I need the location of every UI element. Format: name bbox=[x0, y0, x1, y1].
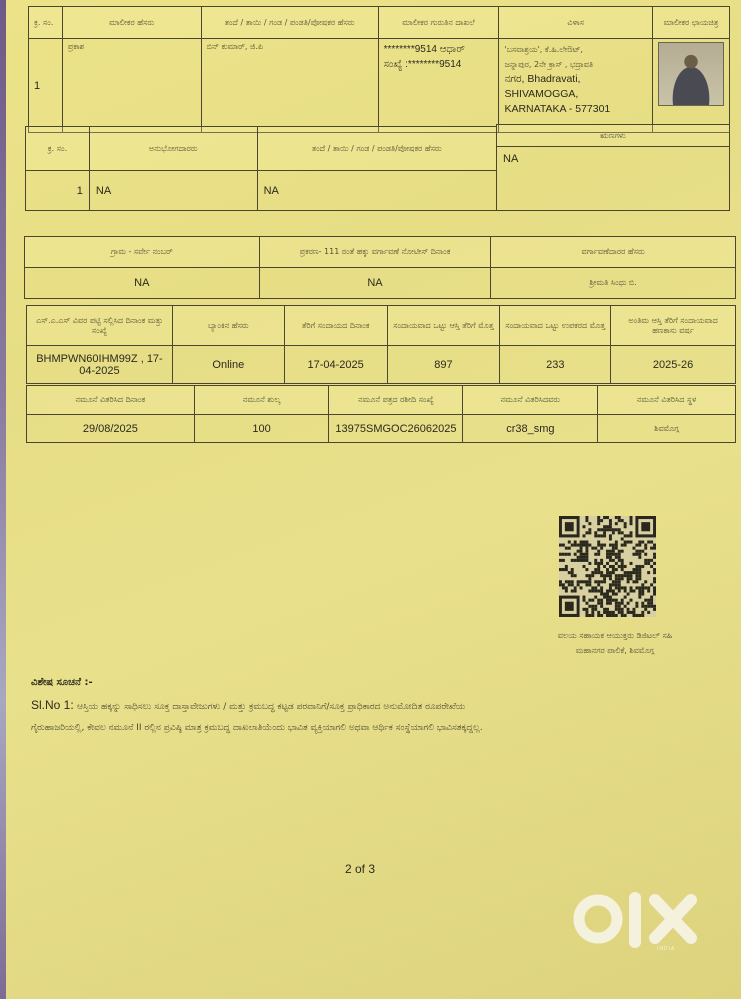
owner-sl-no: 1 bbox=[29, 39, 63, 133]
owner-id-line1: ********9514 ಆಧಾರ್ bbox=[384, 42, 494, 57]
final-financial-year-value: 2025-26 bbox=[611, 346, 736, 384]
address-line2: ಜನ್ನಾಪುರ, 2ನೇ ಕ್ರಾಸ್ , ಭದ್ರಾವತಿ bbox=[504, 57, 647, 72]
page-number: 2 of 3 bbox=[345, 862, 375, 876]
header-total-cess: ಸಂದಾಯವಾದ ಒಟ್ಟು ಉಪಕರದ ಮೊತ್ತ bbox=[500, 306, 611, 346]
occupant-table: ಕ್ರ. ಸಂ. ಅನುಭೋಗದಾರರು ತಂದೆ / ತಾಯಿ / ಗಂಡ /… bbox=[25, 126, 497, 211]
owner-address: 'ಬಸವಾಶ್ರಯ', ಕೆ.ಹಿ.ಲೇಔಟ್, ಜನ್ನಾಪುರ, 2ನೇ ಕ… bbox=[499, 39, 653, 133]
special-note-body: Sl.No 1: ಆಸ್ತಿಯ ಹಕ್ಕನ್ನು ಸಾಧಿಸಲು ಸೂಕ್ತ ದ… bbox=[31, 695, 731, 739]
special-note-title: ವಿಶೇಷ ಸೂಚನೆ :- bbox=[31, 677, 93, 688]
receipt-number-value: 13975SMGOC26062025 bbox=[329, 415, 463, 443]
form-issue-table: ನಮೂನೆ ವಿತರಿಸಿದ ದಿನಾಂಕ ನಮೂನೆ ಶುಲ್ಕ ನಮೂನೆ … bbox=[26, 385, 736, 443]
header-receipt-number: ನಮೂನೆ ಪತ್ರದ ರಶೀದಿ ಸಂಖ್ಯೆ bbox=[329, 386, 463, 415]
owner-name: ಪ್ರಕಾಶ bbox=[62, 39, 201, 133]
address-line5: KARNATAKA - 577301 bbox=[504, 102, 647, 117]
transfer-notice-date-value: NA bbox=[259, 268, 491, 299]
header-encumbrance: ಋಣಗಳು bbox=[497, 125, 730, 147]
header-form-fee: ನಮೂನೆ ಶುಲ್ಕ bbox=[194, 386, 329, 415]
header-owner-photo: ಮಾಲೀಕರ ಛಾಯಚಿತ್ರ bbox=[652, 7, 729, 39]
signature-line2: ಮಹಾನಗರ ಪಾಲಿಕೆ, ಶಿವಮೊಗ್ಗ bbox=[510, 643, 720, 658]
note-prefix: Sl.No 1: bbox=[31, 698, 74, 712]
owner-photo bbox=[658, 42, 724, 106]
table-row: NA bbox=[497, 147, 730, 211]
table-header-row: ಕ್ರ. ಸಂ. ಅನುಭೋಗದಾರರು ತಂದೆ / ತಾಯಿ / ಗಂಡ /… bbox=[26, 127, 497, 171]
table-header-row: ಋಣಗಳು bbox=[497, 125, 730, 147]
total-cess-value: 233 bbox=[500, 346, 611, 384]
header-owner-id: ಮಾಲೀಕರ ಗುರುತಿನ ದಾಖಲೆ bbox=[378, 7, 499, 39]
issue-place-value: ಶಿವಮೊಗ್ಗ bbox=[598, 415, 736, 443]
occupant-sl-no: 1 bbox=[26, 171, 90, 211]
address-line1: 'ಬಸವಾಶ್ರಯ', ಕೆ.ಹಿ.ಲೇಔಟ್, bbox=[504, 42, 647, 57]
table-row: BHMPWN60IHM99Z , 17-04-2025 Online 17-04… bbox=[27, 346, 736, 384]
table-header-row: ಕ್ರ. ಸಂ. ಮಾಲೀಕರ ಹೆಸರು ತಂದೆ / ತಾಯಿ / ಗಂಡ … bbox=[29, 7, 730, 39]
issued-by-value: cr38_smg bbox=[463, 415, 598, 443]
header-transfer-notice-date: ಪ್ರಕರಣ- 111 ರಂತೆ ಹಕ್ಕು ವರ್ಗಾವಣೆ ನೋಟೀಸ್ ದ… bbox=[259, 237, 491, 268]
header-address: ವಿಳಾಸ bbox=[499, 7, 653, 39]
header-village-survey: ಗ್ರಾಮ - ಸರ್ವೇ ನಂಬರ್ bbox=[25, 237, 260, 268]
note-line1: ಆಸ್ತಿಯ ಹಕ್ಕನ್ನು ಸಾಧಿಸಲು ಸೂಕ್ತ ದಾಸ್ತಾವೇಜು… bbox=[77, 702, 465, 712]
header-occupant: ಅನುಭೋಗದಾರರು bbox=[89, 127, 257, 171]
note-line2: ಗೈರುಹಾಜರಿಯಲ್ಲಿ, ಕೇವಲ ನಮೂನೆ II ರಲ್ಲಿನ ಪ್ರ… bbox=[31, 718, 731, 739]
tax-payment-table: ಎಸ್.ಎ.ಎಸ್ ವಿವರ ಪಟ್ಟಿ ಸಲ್ಲಿಸಿದ ದಿನಾಂಕ ಮತ್… bbox=[26, 305, 736, 384]
header-occupant-relative: ತಂದೆ / ತಾಯಿ / ಗಂಡ / ಪಂಡತಿ/ಪೋಷಕರ ಹೆಸರು bbox=[257, 127, 496, 171]
table-row: 1 ಪ್ರಕಾಶ ಬಿನ್ ಕುಮಾರ್, ಜಿ.ಪಿ ********9514… bbox=[29, 39, 730, 133]
header-owner-name: ಮಾಲೀಕರ ಹೆಸರು bbox=[62, 7, 201, 39]
header-issue-place: ನಮೂನೆ ವಿತರಿಸಿದ ಸ್ಥಳ bbox=[598, 386, 736, 415]
occupant-relative: NA bbox=[257, 171, 496, 211]
owner-id-line2: ಸಂಖ್ಯೆ :********9514 bbox=[384, 57, 494, 72]
header-bank-name: ಬ್ಯಾಂಕಿನ ಹೆಸರು bbox=[172, 306, 284, 346]
header-form-issue-date: ನಮೂನೆ ವಿತರಿಸಿದ ದಿನಾಂಕ bbox=[27, 386, 195, 415]
header-total-property-tax: ಸಂದಾಯವಾದ ಒಟ್ಟು ಆಸ್ತಿ ತೆರಿಗೆ ಮೊತ್ತ bbox=[387, 306, 500, 346]
owner-photo-cell bbox=[652, 39, 729, 133]
table-header-row: ನಮೂನೆ ವಿತರಿಸಿದ ದಿನಾಂಕ ನಮೂನೆ ಶುಲ್ಕ ನಮೂನೆ … bbox=[27, 386, 736, 415]
header-issued-by: ನಮೂನೆ ವಿತರಿಸಿದವರು bbox=[463, 386, 598, 415]
header-sl-no: ಕ್ರ. ಸಂ. bbox=[26, 127, 90, 171]
survey-transfer-table: ಗ್ರಾಮ - ಸರ್ವೇ ನಂಬರ್ ಪ್ರಕರಣ- 111 ರಂತೆ ಹಕ್… bbox=[24, 236, 736, 299]
table-row: 29/08/2025 100 13975SMGOC26062025 cr38_s… bbox=[27, 415, 736, 443]
address-line4: SHIVAMOGGA, bbox=[504, 87, 647, 102]
transferor-name-value: ಶ್ರೀಮತಿ ಸಿಂಧು ಬಿ. bbox=[491, 268, 736, 299]
signature-line1: ವಲಯ ಸಹಾಯಕ ಆಯುಕ್ತರು ಡಿಜಿಟಲ್ ಸಹಿ bbox=[510, 628, 720, 643]
bank-name-value: Online bbox=[172, 346, 284, 384]
header-tax-paid-date: ತೆರಿಗೆ ಸಂದಾಯದ ದಿನಾಂಕ bbox=[284, 306, 387, 346]
address-line3: ನಗರ, Bhadravati, bbox=[504, 72, 647, 87]
form-issue-date-value: 29/08/2025 bbox=[27, 415, 195, 443]
total-property-tax-value: 897 bbox=[387, 346, 500, 384]
table-header-row: ಗ್ರಾಮ - ಸರ್ವೇ ನಂಬರ್ ಪ್ರಕರಣ- 111 ರಂತೆ ಹಕ್… bbox=[25, 237, 736, 268]
qr-code-icon bbox=[559, 516, 656, 617]
olx-logo-icon bbox=[573, 888, 703, 950]
sas-date-number-value: BHMPWN60IHM99Z , 17-04-2025 bbox=[27, 346, 173, 384]
owner-relative-name: ಬಿನ್ ಕುಮಾರ್, ಜಿ.ಪಿ bbox=[201, 39, 378, 133]
encumbrance-value: NA bbox=[497, 147, 730, 211]
village-survey-value: NA bbox=[25, 268, 260, 299]
header-sas-date-number: ಎಸ್.ಎ.ಎಸ್ ವಿವರ ಪಟ್ಟಿ ಸಲ್ಲಿಸಿದ ದಿನಾಂಕ ಮತ್… bbox=[27, 306, 173, 346]
owner-details-table: ಕ್ರ. ಸಂ. ಮಾಲೀಕರ ಹೆಸರು ತಂದೆ / ತಾಯಿ / ಗಂಡ … bbox=[28, 6, 730, 133]
olx-logo-subtext: INDIA bbox=[657, 946, 675, 952]
header-sl-no: ಕ್ರ. ಸಂ. bbox=[29, 7, 63, 39]
owner-id-document: ********9514 ಆಧಾರ್ ಸಂಖ್ಯೆ :********9514 bbox=[378, 39, 499, 133]
table-header-row: ಎಸ್.ಎ.ಎಸ್ ವಿವರ ಪಟ್ಟಿ ಸಲ್ಲಿಸಿದ ದಿನಾಂಕ ಮತ್… bbox=[27, 306, 736, 346]
form-fee-value: 100 bbox=[194, 415, 329, 443]
header-relative-name: ತಂದೆ / ತಾಯಿ / ಗಂಡ / ಪಂಡತಿ/ಪೋಷಕರ ಹೆಸರು bbox=[201, 7, 378, 39]
encumbrance-table: ಋಣಗಳು NA bbox=[496, 124, 730, 211]
header-final-financial-year: ಅಂತಿಮ ಆಸ್ತಿ ತೆರಿಗೆ ಸಂದಾಯವಾದ ಹಣಕಾಸು ವರ್ಷ bbox=[611, 306, 736, 346]
table-row: NA NA ಶ್ರೀಮತಿ ಸಿಂಧು ಬಿ. bbox=[25, 268, 736, 299]
occupant-name: NA bbox=[89, 171, 257, 211]
tax-paid-date-value: 17-04-2025 bbox=[284, 346, 387, 384]
digital-signature: ವಲಯ ಸಹಾಯಕ ಆಯುಕ್ತರು ಡಿಜಿಟಲ್ ಸಹಿ ಮಹಾನಗರ ಪಾ… bbox=[510, 628, 720, 658]
table-row: 1 NA NA bbox=[26, 171, 497, 211]
header-transferor-name: ವರ್ಗಾವಣೆದಾರರ ಹೆಸರು bbox=[491, 237, 736, 268]
